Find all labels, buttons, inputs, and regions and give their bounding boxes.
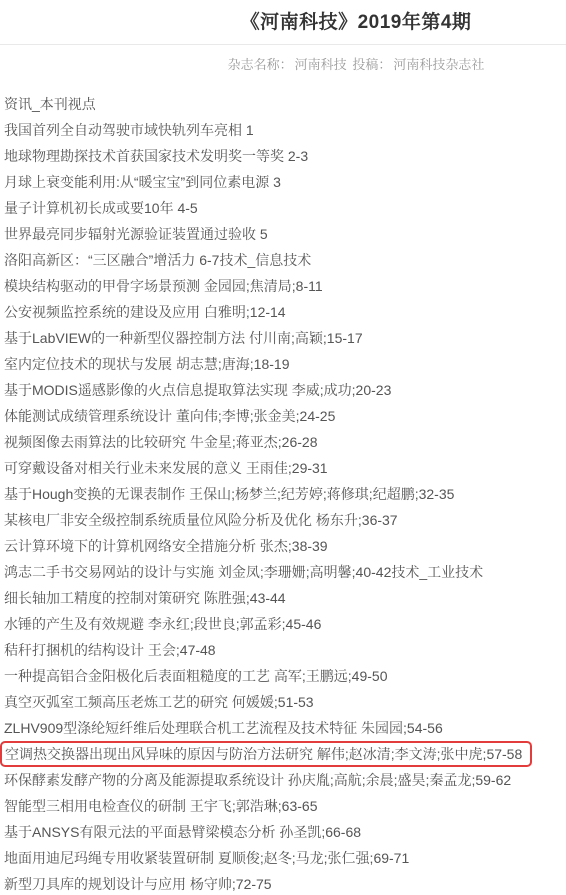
toc-item-text: ZLHV909型涤纶短纤维后处理联合机工艺流程及技术特征 朱园园;54-56 xyxy=(4,719,443,737)
toc-item-text: 世界最亮同步辐射光源验证装置通过验收 5 xyxy=(4,225,268,243)
toc-item-text: 月球上衰变能利用:从“暖宝宝”到同位素电源 3 xyxy=(4,173,281,191)
toc-item[interactable]: 秸秆打捆机的结构设计 王会;47-48 xyxy=(4,637,566,663)
toc-item[interactable]: 可穿戴设备对相关行业未来发展的意义 王雨佳;29-31 xyxy=(4,455,566,481)
toc-list: 资讯_本刊视点我国首列全自动驾驶市域快轨列车亮相 1地球物理勘探技术首获国家技术… xyxy=(0,91,566,895)
toc-item[interactable]: 地面用迪尼玛绳专用收紧装置研制 夏顺俊;赵冬;马龙;张仁强;69-71 xyxy=(4,845,566,871)
toc-item-text: 地球物理勘探技术首获国家技术发明奖一等奖 2-3 xyxy=(4,147,308,165)
submit-value: 河南科技杂志社 xyxy=(393,57,484,72)
journal-name-label: 杂志名称： xyxy=(228,57,293,72)
toc-item-text: 一种提高铝合金阳极化后表面粗糙度的工艺 高军;王鹏远;49-50 xyxy=(4,667,387,685)
submit-label: 投稿： xyxy=(352,57,391,72)
toc-item[interactable]: 世界最亮同步辐射光源验证装置通过验收 5 xyxy=(4,221,566,247)
toc-item[interactable]: 云计算环境下的计算机网络安全措施分析 张杰;38-39 xyxy=(4,533,566,559)
toc-item-text: 环保酵素发酵产物的分离及能源提取系统设计 孙庆胤;高航;余晨;盛昊;秦孟龙;59… xyxy=(4,771,511,789)
page-header: 《河南科技》2019年第4期 xyxy=(0,0,566,45)
toc-item-text: 基于Hough变换的无课表制作 王保山;杨梦兰;纪芳婷;蒋修琪;纪超鹏;32-3… xyxy=(4,485,454,503)
toc-item[interactable]: 真空灭弧室工频高压老炼工艺的研究 何媛媛;51-53 xyxy=(4,689,566,715)
toc-item[interactable]: 我国首列全自动驾驶市域快轨列车亮相 1 xyxy=(4,117,566,143)
toc-item-text: 真空灭弧室工频高压老炼工艺的研究 何媛媛;51-53 xyxy=(4,693,314,711)
toc-item[interactable]: 公安视频监控系统的建设及应用 白雅明;12-14 xyxy=(4,299,566,325)
toc-item[interactable]: 室内定位技术的现状与发展 胡志慧;唐海;18-19 xyxy=(4,351,566,377)
toc-item-text: 室内定位技术的现状与发展 胡志慧;唐海;18-19 xyxy=(4,355,289,373)
toc-item-text: 资讯_本刊视点 xyxy=(4,95,96,113)
toc-item[interactable]: 一种提高铝合金阳极化后表面粗糙度的工艺 高军;王鹏远;49-50 xyxy=(4,663,566,689)
toc-item-text: 洛阳高新区：“三区融合”增活力 6-7技术_信息技术 xyxy=(4,251,311,269)
toc-item-text: 水锤的产生及有效规避 李永红;段世良;郭孟彩;45-46 xyxy=(4,615,321,633)
toc-item[interactable]: 水锤的产生及有效规避 李永红;段世良;郭孟彩;45-46 xyxy=(4,611,566,637)
toc-item-text: 基于ANSYS有限元法的平面悬臂梁模态分析 孙圣凯;66-68 xyxy=(4,823,361,841)
toc-item-text: 可穿戴设备对相关行业未来发展的意义 王雨佳;29-31 xyxy=(4,459,328,477)
toc-item-text: 某核电厂非安全级控制系统质量位风险分析及优化 杨东升;36-37 xyxy=(4,511,398,529)
highlight-annotation-box: 空调热交换器出现出风异味的原因与防治方法研究 解伟;赵冰清;李文涛;张中虎;57… xyxy=(0,741,532,767)
toc-item-text: 视频图像去雨算法的比较研究 牛金星;蒋亚杰;26-28 xyxy=(4,433,317,451)
toc-item[interactable]: 基于MODIS遥感影像的火点信息提取算法实现 李威;成功;20-23 xyxy=(4,377,566,403)
page-title: 《河南科技》2019年第4期 xyxy=(0,11,566,35)
toc-item[interactable]: 洛阳高新区：“三区融合”增活力 6-7技术_信息技术 xyxy=(4,247,566,273)
toc-item[interactable]: 模块结构驱动的甲骨字场景预测 金园园;焦清局;8-11 xyxy=(4,273,566,299)
toc-item[interactable]: 基于Hough变换的无课表制作 王保山;杨梦兰;纪芳婷;蒋修琪;纪超鹏;32-3… xyxy=(4,481,566,507)
toc-item[interactable]: 某核电厂非安全级控制系统质量位风险分析及优化 杨东升;36-37 xyxy=(4,507,566,533)
toc-item-text: 鸿志二手书交易网站的设计与实施 刘金凤;李珊姗;高明馨;40-42技术_工业技术 xyxy=(4,563,483,581)
toc-item[interactable]: 细长轴加工精度的控制对策研究 陈胜强;43-44 xyxy=(4,585,566,611)
toc-item[interactable]: 资讯_本刊视点 xyxy=(4,91,566,117)
toc-item-text: 地面用迪尼玛绳专用收紧装置研制 夏顺俊;赵冬;马龙;张仁强;69-71 xyxy=(4,849,409,867)
journal-meta: 杂志名称：河南科技 投稿：河南科技杂志社 xyxy=(0,57,566,73)
toc-item[interactable]: 体能测试成绩管理系统设计 董向伟;李博;张金美;24-25 xyxy=(4,403,566,429)
toc-item[interactable]: 基于LabVIEW的一种新型仪器控制方法 付川南;高颖;15-17 xyxy=(4,325,566,351)
toc-item-text: 我国首列全自动驾驶市域快轨列车亮相 1 xyxy=(4,121,254,139)
toc-item[interactable]: 地球物理勘探技术首获国家技术发明奖一等奖 2-3 xyxy=(4,143,566,169)
toc-item[interactable]: 鸿志二手书交易网站的设计与实施 刘金凤;李珊姗;高明馨;40-42技术_工业技术 xyxy=(4,559,566,585)
toc-item[interactable]: 环保酵素发酵产物的分离及能源提取系统设计 孙庆胤;高航;余晨;盛昊;秦孟龙;59… xyxy=(4,767,566,793)
toc-item-text: 基于MODIS遥感影像的火点信息提取算法实现 李威;成功;20-23 xyxy=(4,381,391,399)
toc-item-text: 新型刀具库的规划设计与应用 杨守帅;72-75 xyxy=(4,875,272,893)
toc-item[interactable]: 量子计算机初长成或要10年 4-5 xyxy=(4,195,566,221)
toc-item-text: 云计算环境下的计算机网络安全措施分析 张杰;38-39 xyxy=(4,537,328,555)
journal-name-value: 河南科技 xyxy=(295,57,347,72)
toc-item[interactable]: 新型刀具库的规划设计与应用 杨守帅;72-75 xyxy=(4,871,566,895)
toc-item[interactable]: 智能型三相用电检查仪的研制 王宇飞;郭浩琳;63-65 xyxy=(4,793,566,819)
toc-item-highlighted[interactable]: 空调热交换器出现出风异味的原因与防治方法研究 解伟;赵冰清;李文涛;张中虎;57… xyxy=(4,741,566,767)
toc-item[interactable]: 视频图像去雨算法的比较研究 牛金星;蒋亚杰;26-28 xyxy=(4,429,566,455)
journal-toc-page: 《河南科技》2019年第4期 杂志名称：河南科技 投稿：河南科技杂志社 资讯_本… xyxy=(0,0,566,895)
toc-item[interactable]: 基于ANSYS有限元法的平面悬臂梁模态分析 孙圣凯;66-68 xyxy=(4,819,566,845)
toc-item[interactable]: 月球上衰变能利用:从“暖宝宝”到同位素电源 3 xyxy=(4,169,566,195)
toc-item-text: 智能型三相用电检查仪的研制 王宇飞;郭浩琳;63-65 xyxy=(4,797,317,815)
toc-item[interactable]: ZLHV909型涤纶短纤维后处理联合机工艺流程及技术特征 朱园园;54-56 xyxy=(4,715,566,741)
toc-item-text: 模块结构驱动的甲骨字场景预测 金园园;焦清局;8-11 xyxy=(4,277,323,295)
toc-item-text: 秸秆打捆机的结构设计 王会;47-48 xyxy=(4,641,216,659)
toc-item-text: 基于LabVIEW的一种新型仪器控制方法 付川南;高颖;15-17 xyxy=(4,329,363,347)
toc-item-text: 公安视频监控系统的建设及应用 白雅明;12-14 xyxy=(4,303,286,321)
toc-item-text: 量子计算机初长成或要10年 4-5 xyxy=(4,199,198,217)
toc-item-text: 细长轴加工精度的控制对策研究 陈胜强;43-44 xyxy=(4,589,286,607)
toc-item-text: 体能测试成绩管理系统设计 董向伟;李博;张金美;24-25 xyxy=(4,407,335,425)
